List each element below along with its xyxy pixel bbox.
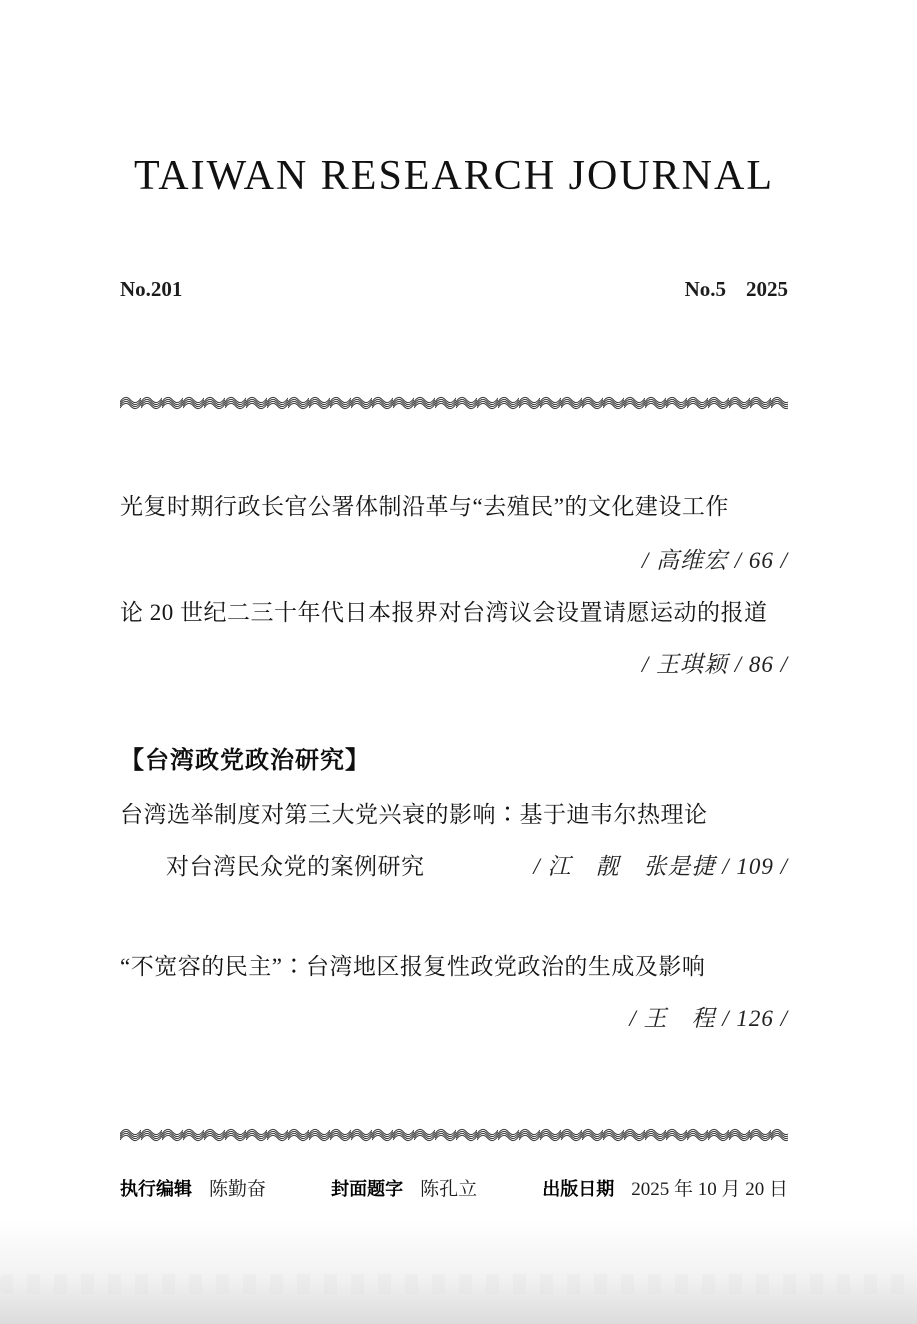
volume-number: No.5: [685, 272, 726, 306]
article-title-line2: 对台湾民众党的案例研究: [120, 850, 425, 884]
executive-editor-label: 执行编辑: [120, 1172, 192, 1206]
article-title-line1: 台湾选举制度对第三大党兴衰的影响∶基于迪韦尔热理论: [120, 798, 788, 832]
cover-calligraphy-label: 封面题字: [331, 1172, 403, 1206]
publish-date-credit: 出版日期 2025 年 10 月 20 日: [542, 1172, 788, 1207]
ornamental-divider-icon: [120, 1126, 788, 1144]
journal-toc-page: TAIWAN RESEARCH JOURNAL No.201 No.5 2025: [0, 0, 917, 1324]
article-byline: / 王 程 / 126 /: [120, 1002, 788, 1036]
ornamental-divider-icon: [120, 394, 788, 412]
credits-line: 执行编辑 陈勤奋 封面题字 陈孔立 出版日期 2025 年 10 月 20 日: [120, 1172, 788, 1207]
cover-calligraphy-name: 陈孔立: [420, 1173, 477, 1207]
publish-date-label: 出版日期: [542, 1172, 614, 1206]
page-bottom-shadow: [0, 1219, 917, 1324]
article-byline: / 王琪颖 / 86 /: [120, 648, 788, 682]
publish-date-value: 2025 年 10 月 20 日: [631, 1173, 788, 1207]
section-heading: 【台湾政党政治研究】: [120, 744, 788, 778]
article-byline: / 高维宏 / 66 /: [120, 544, 788, 578]
cover-calligraphy-credit: 封面题字 陈孔立: [331, 1172, 477, 1207]
article-title: 光复时期行政长官公署体制沿革与“去殖民”的文化建设工作: [120, 490, 788, 524]
article-title-line2-row: 对台湾民众党的案例研究 / 江 靓 张是捷 / 109 /: [120, 850, 788, 884]
executive-editor-credit: 执行编辑 陈勤奋: [120, 1172, 266, 1207]
article-title: 论 20 世纪二三十年代日本报界对台湾议会设置请愿运动的报道: [120, 596, 788, 630]
issue-line: No.201 No.5 2025: [120, 272, 788, 306]
issue-year: 2025: [746, 272, 788, 306]
issue-number: No.201: [120, 272, 182, 306]
article-byline: / 江 靓 张是捷 / 109 /: [533, 850, 788, 884]
executive-editor-name: 陈勤奋: [209, 1173, 266, 1207]
article-title: “不宽容的民主”∶台湾地区报复性政党政治的生成及影响: [120, 950, 788, 984]
issue-volume-year: No.5 2025: [685, 272, 788, 306]
journal-title: TAIWAN RESEARCH JOURNAL: [120, 146, 788, 206]
